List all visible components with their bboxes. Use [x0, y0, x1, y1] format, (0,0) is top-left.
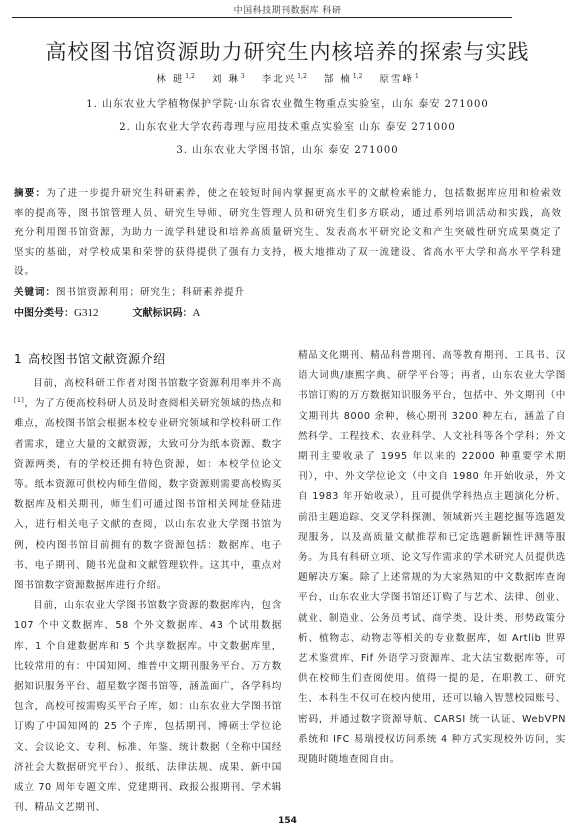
- author: 林 琎1,2: [156, 74, 195, 85]
- keywords: 关键词：图书馆资源利用；研究生；科研素养提升: [14, 284, 562, 298]
- author-list: 林 琎1,2 刘 琳3 李北兴1,2 郜 楠1,2 原雪峰1: [0, 71, 575, 85]
- keywords-text: 图书馆资源利用；研究生；科研素养提升: [56, 287, 245, 298]
- abstract-text: 为了进一步提升研究生科研素养，使之在较短时间内掌握更高水平的文献检索能力，包括数…: [14, 188, 562, 277]
- affiliation-3: 3. 山东农业大学图书馆，山东 泰安 271000: [0, 141, 575, 156]
- author: 郜 楠1,2: [324, 74, 363, 85]
- header-divider: [12, 17, 512, 18]
- paragraph: 目前，高校科研工作者对图书馆数字资源利用率并不高[1]，为了方便高校科研人员及时…: [14, 374, 282, 596]
- running-header: 中国科技期刊数据库 科研: [0, 3, 575, 16]
- author: 李北兴1,2: [262, 74, 307, 85]
- clc-value: G312: [74, 307, 98, 319]
- section-number: 1: [14, 352, 22, 366]
- paragraph: 精品文化期刊、精品科普期刊、高等教育期刊、工具书、汉语大词典/康熙字典、研学平台…: [298, 346, 566, 770]
- doc-code-value: A: [192, 307, 200, 319]
- doc-code-label: 文献标识码：: [132, 308, 192, 319]
- keywords-label: 关键词：: [14, 287, 56, 298]
- body-column-right: 精品文化期刊、精品科普期刊、高等教育期刊、工具书、汉语大词典/康熙字典、研学平台…: [298, 346, 566, 770]
- paper-title: 高校图书馆资源助力研究生内核培养的探索与实践: [0, 36, 575, 66]
- citation-ref: [1]: [14, 397, 24, 404]
- page-number: 154: [0, 816, 575, 826]
- section-heading: 1高校图书馆文献资源介绍: [14, 350, 282, 368]
- paragraph: 目前，山东农业大学图书馆数字资源的数据库内，包含 107 个中文数据库、58 个…: [14, 596, 282, 818]
- section-title: 高校图书馆文献资源介绍: [28, 352, 166, 366]
- affiliation-1: 1. 山东农业大学植物保护学院·山东省农业微生物重点实验室，山东 泰安 2710…: [0, 95, 575, 110]
- body-column-left: 1高校图书馆文献资源介绍 目前，高校科研工作者对图书馆数字资源利用率并不高[1]…: [14, 350, 282, 818]
- author: 原雪峰1: [379, 74, 418, 85]
- classification: 中图分类号：G312文献标识码：A: [14, 304, 562, 319]
- author: 刘 琳3: [212, 74, 245, 85]
- clc-label: 中图分类号：: [14, 308, 74, 319]
- affiliation-2: 2. 山东农业大学农药毒理与应用技术重点实验室 山东 泰安 271000: [0, 118, 575, 133]
- abstract-label: 摘要：: [14, 188, 46, 199]
- abstract: 摘要：为了进一步提升研究生科研素养，使之在较短时间内掌握更高水平的文献检索能力，…: [14, 184, 562, 282]
